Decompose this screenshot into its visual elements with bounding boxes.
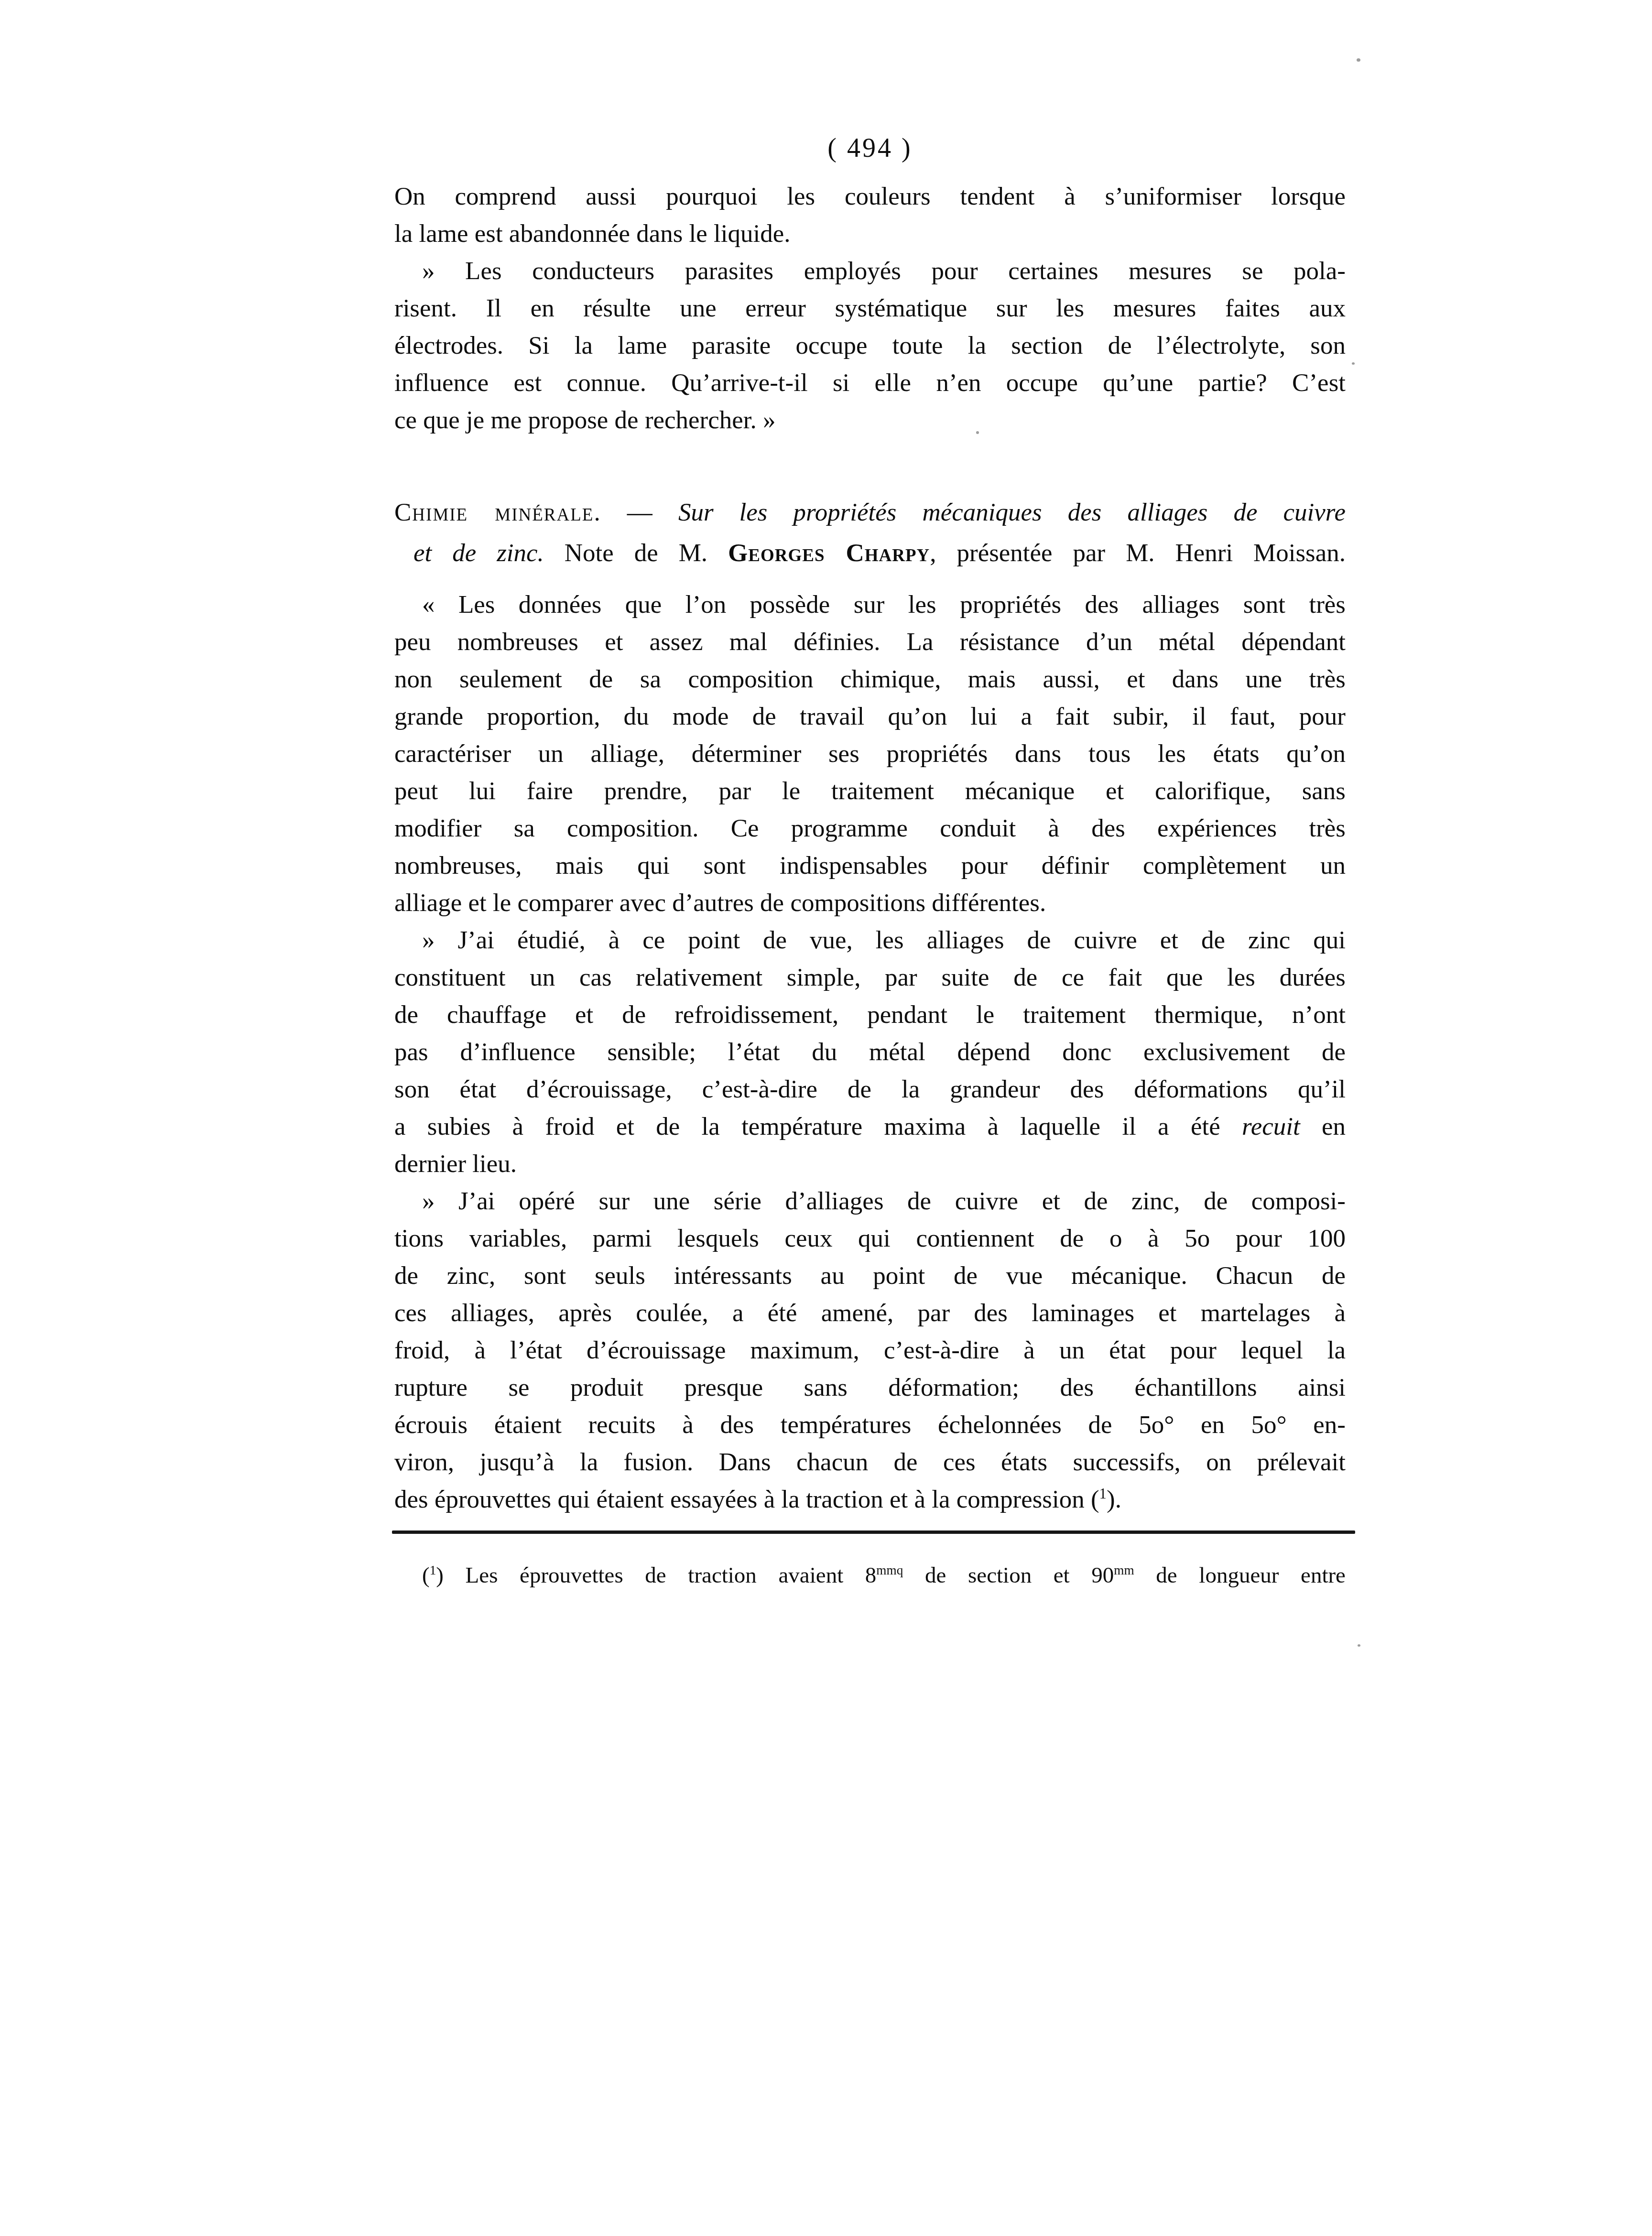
footnote-marker-number: 1 xyxy=(430,1563,436,1577)
text-segment: ). xyxy=(1107,1486,1121,1513)
italic-word: recuit xyxy=(1242,1113,1300,1140)
text-segment: a subies à froid et de la température ma… xyxy=(394,1113,1242,1140)
text-segment: de longueur entre xyxy=(1134,1563,1346,1588)
text-line: ces alliages, après coulée, a été amené,… xyxy=(394,1294,1346,1332)
text-line: de chauffage et de refroidissement, pend… xyxy=(394,996,1346,1033)
page-number: ( 494 ) xyxy=(394,133,1346,163)
text-line: électrodes. Si la lame parasite occupe t… xyxy=(394,327,1346,364)
unit-superscript: mmq xyxy=(876,1563,903,1577)
text-line: pas d’influence sensible; l’état du méta… xyxy=(394,1033,1346,1071)
scanned-document-page: ( 494 ) On comprend aussi pourquoi les c… xyxy=(0,0,1652,2236)
text-column: On comprend aussi pourquoi les couleurs … xyxy=(394,178,1346,1590)
text-line: constituent un cas relativement simple, … xyxy=(394,959,1346,996)
paragraph-3: « Les données que l’on possède sur les p… xyxy=(394,586,1346,922)
text-segment: en xyxy=(1300,1113,1346,1140)
heading-dash: — xyxy=(601,499,678,526)
paragraph-5: » J’ai opéré sur une série d’alliages de… xyxy=(394,1183,1346,1518)
section-heading: Chimie minérale. — Sur les propriétés mé… xyxy=(394,492,1346,574)
text-segment: de section et 90 xyxy=(903,1563,1114,1588)
text-line: peut lui faire prendre, par le traitemen… xyxy=(394,772,1346,810)
text-line: des éprouvettes qui étaient essayées à l… xyxy=(394,1481,1346,1518)
heading-presented-by: , présentée par M. Henri Moissan. xyxy=(930,539,1346,567)
unit-superscript: mm xyxy=(1114,1563,1134,1577)
text-line: la lame est abandonnée dans le liquide. xyxy=(394,215,1346,252)
heading-title: Sur les propriétés mécaniques des alliag… xyxy=(678,499,1346,526)
paragraph-2: » Les conducteurs parasites employés pou… xyxy=(394,252,1346,439)
scan-speck xyxy=(1358,1644,1360,1647)
scan-speck xyxy=(1352,362,1355,365)
heading-title-continued: et de zinc. xyxy=(413,539,544,567)
text-line: » Les conducteurs parasites employés pou… xyxy=(394,252,1346,290)
text-line: « Les données que l’on possède sur les p… xyxy=(394,586,1346,623)
text-line: non seulement de sa composition chimique… xyxy=(394,661,1346,698)
footnote: (1) Les éprouvettes de traction avaient … xyxy=(394,1561,1346,1590)
text-segment: des éprouvettes qui étaient essayées à l… xyxy=(394,1486,1099,1513)
heading-discipline: Chimie minérale. xyxy=(394,499,601,526)
paragraph-1: On comprend aussi pourquoi les couleurs … xyxy=(394,178,1346,252)
text-line: de zinc, sont seuls intéressants au poin… xyxy=(394,1257,1346,1294)
heading-line: et de zinc. Note de M. Georges Charpy, p… xyxy=(394,533,1346,574)
heading-note-intro: Note de M. xyxy=(544,539,728,567)
text-line: risent. Il en résulte une erreur systéma… xyxy=(394,290,1346,327)
text-line: son état d’écrouissage, c’est-à-dire de … xyxy=(394,1071,1346,1108)
text-line: » J’ai étudié, à ce point de vue, les al… xyxy=(394,922,1346,959)
text-line: viron, jusqu’à la fusion. Dans chacun de… xyxy=(394,1444,1346,1481)
text-line: a subies à froid et de la température ma… xyxy=(394,1108,1346,1145)
text-line: On comprend aussi pourquoi les couleurs … xyxy=(394,178,1346,215)
text-line: ce que je me propose de rechercher. » xyxy=(394,402,1346,439)
text-line: modifier sa composition. Ce programme co… xyxy=(394,810,1346,847)
text-line: grande proportion, du mode de travail qu… xyxy=(394,698,1346,735)
text-line: dernier lieu. xyxy=(394,1145,1346,1183)
text-line: peu nombreuses et assez mal définies. La… xyxy=(394,623,1346,661)
text-line: tions variables, parmi lesquels ceux qui… xyxy=(394,1220,1346,1257)
text-line: alliage et le comparer avec d’autres de … xyxy=(394,884,1346,922)
author-name: Georges Charpy xyxy=(728,539,930,567)
scan-speck xyxy=(976,431,979,434)
footnote-reference: 1 xyxy=(1099,1486,1107,1502)
text-line: caractériser un alliage, déterminer ses … xyxy=(394,735,1346,772)
scan-speck xyxy=(1357,58,1360,62)
footnote-rule xyxy=(392,1530,1355,1534)
text-line: » J’ai opéré sur une série d’alliages de… xyxy=(394,1183,1346,1220)
paragraph-4: » J’ai étudié, à ce point de vue, les al… xyxy=(394,922,1346,1183)
text-segment: ) Les éprouvettes de traction avaient 8 xyxy=(436,1563,876,1588)
text-line: rupture se produit presque sans déformat… xyxy=(394,1369,1346,1406)
text-line: froid, à l’état d’écrouissage maximum, c… xyxy=(394,1332,1346,1369)
text-line: nombreuses, mais qui sont indispensables… xyxy=(394,847,1346,884)
text-line: influence est connue. Qu’arrive-t-il si … xyxy=(394,364,1346,402)
footnote-marker: ( xyxy=(422,1563,430,1588)
heading-line: Chimie minérale. — Sur les propriétés mé… xyxy=(394,492,1346,533)
text-line: écrouis étaient recuits à des températur… xyxy=(394,1406,1346,1444)
